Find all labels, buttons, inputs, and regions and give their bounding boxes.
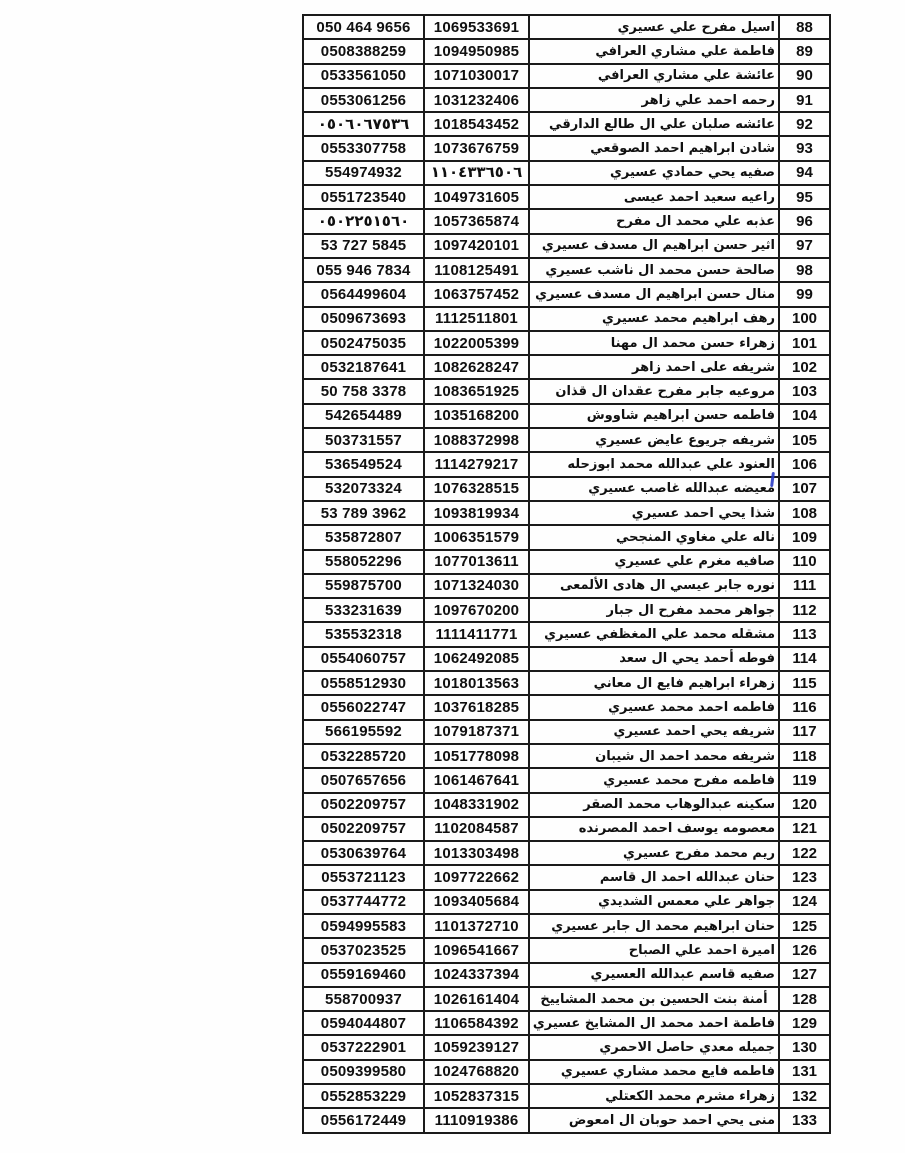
name-cell: فاطمة احمد محمد ال المشايخ عسيري bbox=[529, 1011, 779, 1035]
national-id-cell: 1051778098 bbox=[424, 744, 529, 768]
name-cell: شريفه محمد احمد ال شيبان bbox=[529, 744, 779, 768]
name-cell: فاطمه احمد محمد عسيري bbox=[529, 695, 779, 719]
name-cell: عائشة علي مشاري العرافي bbox=[529, 64, 779, 88]
phone-cell: 0556022747 bbox=[303, 695, 424, 719]
name-cell: صفيه يحي حمادي عسيري bbox=[529, 161, 779, 185]
phone-cell: 0537023525 bbox=[303, 938, 424, 962]
name-cell: فاطمه فايع محمد مشاري عسيري bbox=[529, 1060, 779, 1084]
phone-cell: 558052296 bbox=[303, 550, 424, 574]
national-id-cell: 1110919386 bbox=[424, 1108, 529, 1132]
table-row: 0537744772 1093405684 جواهر علي معمس الش… bbox=[303, 890, 830, 914]
national-id-cell: 1112511801 bbox=[424, 307, 529, 331]
phone-cell: 0509673693 bbox=[303, 307, 424, 331]
name-cell: حنان عبدالله احمد ال قاسم bbox=[529, 865, 779, 889]
name-cell: رحمه احمد علي زاهر bbox=[529, 88, 779, 112]
row-number-cell: 88 bbox=[779, 15, 830, 39]
national-id-cell: 1093405684 bbox=[424, 890, 529, 914]
table-row: 0502475035 1022005399 زهراء حسن محمد ال … bbox=[303, 331, 830, 355]
row-number-cell: 126 bbox=[779, 938, 830, 962]
phone-cell: 542654489 bbox=[303, 404, 424, 428]
name-cell: شذا يحي احمد عسيري bbox=[529, 501, 779, 525]
row-number-cell: 106 bbox=[779, 452, 830, 476]
national-id-cell: 1061467641 bbox=[424, 768, 529, 792]
row-number-cell: 132 bbox=[779, 1084, 830, 1108]
table-row: 0537222901 1059239127 جميله معدي حاصل ال… bbox=[303, 1035, 830, 1059]
name-cell: عائشه صلبان علي ال طالع الدارقي bbox=[529, 112, 779, 136]
national-id-cell: 1006351579 bbox=[424, 525, 529, 549]
national-id-cell: 1108125491 bbox=[424, 258, 529, 282]
name-cell: أمنة بنت الحسين بن محمد المشاييخ bbox=[529, 987, 779, 1011]
table-row: 0554060757 1062492085 فوطه أحمد يحي ال س… bbox=[303, 647, 830, 671]
national-id-cell: 1093819934 bbox=[424, 501, 529, 525]
phone-cell: 53 789 3962 bbox=[303, 501, 424, 525]
row-number-cell: 128 bbox=[779, 987, 830, 1011]
national-id-cell: 1024337394 bbox=[424, 963, 529, 987]
row-number-cell: 100 bbox=[779, 307, 830, 331]
phone-cell: 0502209757 bbox=[303, 793, 424, 817]
row-number-cell: 107 bbox=[779, 477, 830, 501]
row-number-cell: 120 bbox=[779, 793, 830, 817]
table-row: 0502209757 1048331902 سكينه عبدالوهاب مح… bbox=[303, 793, 830, 817]
national-id-cell: 1022005399 bbox=[424, 331, 529, 355]
phone-cell: 050 464 9656 bbox=[303, 15, 424, 39]
row-number-cell: 96 bbox=[779, 209, 830, 233]
row-number-cell: 95 bbox=[779, 185, 830, 209]
table-row: 53 727 5845 1097420101 اثير حسن ابراهيم … bbox=[303, 234, 830, 258]
table-row: 559875700 1071324030 نوره جابر عيسي ال ه… bbox=[303, 574, 830, 598]
phone-cell: ٠٥٠٦٠٦٧٥٣٦ bbox=[303, 112, 424, 136]
phone-cell: 0502475035 bbox=[303, 331, 424, 355]
name-cell: معيضه عبدالله غاصب عسيري bbox=[529, 477, 779, 501]
national-id-cell: 1077013611 bbox=[424, 550, 529, 574]
national-id-cell: 1031232406 bbox=[424, 88, 529, 112]
row-number-cell: 119 bbox=[779, 768, 830, 792]
phone-cell: 0532187641 bbox=[303, 355, 424, 379]
phone-cell: 535872807 bbox=[303, 525, 424, 549]
table-row: 0594044807 1106584392 فاطمة احمد محمد ال… bbox=[303, 1011, 830, 1035]
phone-cell: 559875700 bbox=[303, 574, 424, 598]
scanned-page: 050 464 9656 1069533691 اسيل مفرح علي عس… bbox=[0, 0, 905, 1153]
phone-cell: 0594044807 bbox=[303, 1011, 424, 1035]
national-id-cell: 1037618285 bbox=[424, 695, 529, 719]
phone-cell: 554974932 bbox=[303, 161, 424, 185]
phone-cell: 0594995583 bbox=[303, 914, 424, 938]
name-cell: ناله علي مغاوي المنجحي bbox=[529, 525, 779, 549]
phone-cell: 0558512930 bbox=[303, 671, 424, 695]
name-cell: صالحة حسن محمد ال ناشب عسيري bbox=[529, 258, 779, 282]
table-row: 554974932 ١١٠٤٣٣٦٥٠٦ صفيه يحي حمادي عسير… bbox=[303, 161, 830, 185]
name-cell: شريفه يحي احمد عسيري bbox=[529, 720, 779, 744]
name-cell: حنان ابراهيم محمد ال جابر عسيري bbox=[529, 914, 779, 938]
name-cell: جواهر محمد مفرح ال جبار bbox=[529, 598, 779, 622]
national-id-cell: 1102084587 bbox=[424, 817, 529, 841]
name-cell: مشقله محمد علي المغظفي عسيري bbox=[529, 622, 779, 646]
name-cell: العنود علي عبدالله محمد ابوزحله bbox=[529, 452, 779, 476]
row-number-cell: 90 bbox=[779, 64, 830, 88]
name-cell: جواهر علي معمس الشديدي bbox=[529, 890, 779, 914]
phone-cell: 558700937 bbox=[303, 987, 424, 1011]
phone-cell: 0559169460 bbox=[303, 963, 424, 987]
phone-cell: 0530639764 bbox=[303, 841, 424, 865]
row-number-cell: 89 bbox=[779, 39, 830, 63]
name-cell: زهراء حسن محمد ال مهنا bbox=[529, 331, 779, 355]
national-id-cell: 1097670200 bbox=[424, 598, 529, 622]
phone-cell: 0533561050 bbox=[303, 64, 424, 88]
table-row: 532073324 1076328515 معيضه عبدالله غاصب … bbox=[303, 477, 830, 501]
row-number-cell: 122 bbox=[779, 841, 830, 865]
national-id-cell: 1018013563 bbox=[424, 671, 529, 695]
name-cell: معصومه يوسف احمد المصرنده bbox=[529, 817, 779, 841]
phone-cell: 536549524 bbox=[303, 452, 424, 476]
table-row: 0553307758 1073676759 شادن ابراهيم احمد … bbox=[303, 136, 830, 160]
table-row: 53 789 3962 1093819934 شذا يحي احمد عسير… bbox=[303, 501, 830, 525]
name-cell: شريفه جريوع عايض عسيري bbox=[529, 428, 779, 452]
table-row: 0564499604 1063757452 منال حسن ابراهيم ا… bbox=[303, 282, 830, 306]
phone-cell: 0507657656 bbox=[303, 768, 424, 792]
row-number-cell: 116 bbox=[779, 695, 830, 719]
national-id-cell: 1071324030 bbox=[424, 574, 529, 598]
row-number-cell: 104 bbox=[779, 404, 830, 428]
phone-cell: 0554060757 bbox=[303, 647, 424, 671]
table-row: 0551723540 1049731605 راعيه سعيد احمد عي… bbox=[303, 185, 830, 209]
row-number-cell: 125 bbox=[779, 914, 830, 938]
national-id-cell: 1082628247 bbox=[424, 355, 529, 379]
name-cell: مروعيه جابر مفرح عقدان ال قذان bbox=[529, 379, 779, 403]
table-row: 542654489 1035168200 فاطمه حسن ابراهيم ش… bbox=[303, 404, 830, 428]
national-id-cell: 1026161404 bbox=[424, 987, 529, 1011]
table-row: 0553061256 1031232406 رحمه احمد علي زاهر… bbox=[303, 88, 830, 112]
contact-list-table: 050 464 9656 1069533691 اسيل مفرح علي عس… bbox=[302, 14, 831, 1134]
name-cell: فاطمه مفرح محمد عسيري bbox=[529, 768, 779, 792]
phone-cell: 0553307758 bbox=[303, 136, 424, 160]
phone-cell: 53 727 5845 bbox=[303, 234, 424, 258]
national-id-cell: 1094950985 bbox=[424, 39, 529, 63]
table-row: 0532187641 1082628247 شريفه على احمد زاه… bbox=[303, 355, 830, 379]
row-number-cell: 97 bbox=[779, 234, 830, 258]
row-number-cell: 127 bbox=[779, 963, 830, 987]
row-number-cell: 94 bbox=[779, 161, 830, 185]
table-row: 0556172449 1110919386 منى يحي احمد حوبان… bbox=[303, 1108, 830, 1132]
name-cell: ريم محمد مفرح عسيري bbox=[529, 841, 779, 865]
phone-cell: ٠٥٠٢٢٥١٥٦٠ bbox=[303, 209, 424, 233]
phone-cell: 055 946 7834 bbox=[303, 258, 424, 282]
national-id-cell: ١١٠٤٣٣٦٥٠٦ bbox=[424, 161, 529, 185]
national-id-cell: 1106584392 bbox=[424, 1011, 529, 1035]
name-cell: راعيه سعيد احمد عيسى bbox=[529, 185, 779, 209]
table-row: 0558512930 1018013563 زهراء ابراهيم فايع… bbox=[303, 671, 830, 695]
row-number-cell: 108 bbox=[779, 501, 830, 525]
table-row: 0553721123 1097722662 حنان عبدالله احمد … bbox=[303, 865, 830, 889]
phone-cell: 535532318 bbox=[303, 622, 424, 646]
table-row: 50 758 3378 1083651925 مروعيه جابر مفرح … bbox=[303, 379, 830, 403]
phone-cell: 0532285720 bbox=[303, 744, 424, 768]
row-number-cell: 129 bbox=[779, 1011, 830, 1035]
row-number-cell: 99 bbox=[779, 282, 830, 306]
name-cell: فوطه أحمد يحي ال سعد bbox=[529, 647, 779, 671]
national-id-cell: 1083651925 bbox=[424, 379, 529, 403]
table-row: 0594995583 1101372710 حنان ابراهيم محمد … bbox=[303, 914, 830, 938]
national-id-cell: 1062492085 bbox=[424, 647, 529, 671]
name-cell: فاطمة علي مشاري العرافي bbox=[529, 39, 779, 63]
phone-cell: 0509399580 bbox=[303, 1060, 424, 1084]
name-cell: زهراء ابراهيم فايع ال معاني bbox=[529, 671, 779, 695]
name-cell: زهراء مشرم محمد الكعتلي bbox=[529, 1084, 779, 1108]
national-id-cell: 1079187371 bbox=[424, 720, 529, 744]
table-row: 0532285720 1051778098 شريفه محمد احمد ال… bbox=[303, 744, 830, 768]
row-number-cell: 117 bbox=[779, 720, 830, 744]
phone-cell: 0502209757 bbox=[303, 817, 424, 841]
row-number-cell: 114 bbox=[779, 647, 830, 671]
name-cell: منال حسن ابراهيم ال مسدف عسيري bbox=[529, 282, 779, 306]
name-cell: جميله معدي حاصل الاحمري bbox=[529, 1035, 779, 1059]
national-id-cell: 1035168200 bbox=[424, 404, 529, 428]
name-cell: اثير حسن ابراهيم ال مسدف عسيري bbox=[529, 234, 779, 258]
table-row: 0509399580 1024768820 فاطمه فايع محمد مش… bbox=[303, 1060, 830, 1084]
table-row: 558700937 1026161404 أمنة بنت الحسين بن … bbox=[303, 987, 830, 1011]
national-id-cell: 1057365874 bbox=[424, 209, 529, 233]
table-row: 533231639 1097670200 جواهر محمد مفرح ال … bbox=[303, 598, 830, 622]
row-number-cell: 131 bbox=[779, 1060, 830, 1084]
national-id-cell: 1052837315 bbox=[424, 1084, 529, 1108]
table-row: 503731557 1088372998 شريفه جريوع عايض عس… bbox=[303, 428, 830, 452]
national-id-cell: 1018543452 bbox=[424, 112, 529, 136]
row-number-cell: 124 bbox=[779, 890, 830, 914]
row-number-cell: 109 bbox=[779, 525, 830, 549]
national-id-cell: 1076328515 bbox=[424, 477, 529, 501]
table-row: 0509673693 1112511801 رهف ابراهيم محمد ع… bbox=[303, 307, 830, 331]
table-row: 0559169460 1024337394 صفيه قاسم عبدالله … bbox=[303, 963, 830, 987]
national-id-cell: 1111411771 bbox=[424, 622, 529, 646]
phone-cell: 0552853229 bbox=[303, 1084, 424, 1108]
table-row: 535872807 1006351579 ناله علي مغاوي المن… bbox=[303, 525, 830, 549]
table-row: 0530639764 1013303498 ريم محمد مفرح عسير… bbox=[303, 841, 830, 865]
row-number-cell: 118 bbox=[779, 744, 830, 768]
name-cell: شريفه على احمد زاهر bbox=[529, 355, 779, 379]
row-number-cell: 130 bbox=[779, 1035, 830, 1059]
name-cell: عذبه علي محمد ال مفرح bbox=[529, 209, 779, 233]
table-row: 535532318 1111411771 مشقله محمد علي المغ… bbox=[303, 622, 830, 646]
table-row: 050 464 9656 1069533691 اسيل مفرح علي عس… bbox=[303, 15, 830, 39]
row-number-cell: 113 bbox=[779, 622, 830, 646]
table-row: 055 946 7834 1108125491 صالحة حسن محمد ا… bbox=[303, 258, 830, 282]
table-row: 0508388259 1094950985 فاطمة علي مشاري ال… bbox=[303, 39, 830, 63]
row-number-cell: 105 bbox=[779, 428, 830, 452]
national-id-cell: 1024768820 bbox=[424, 1060, 529, 1084]
table-row: 0552853229 1052837315 زهراء مشرم محمد ال… bbox=[303, 1084, 830, 1108]
phone-cell: 0553721123 bbox=[303, 865, 424, 889]
phone-cell: 532073324 bbox=[303, 477, 424, 501]
row-number-cell: 133 bbox=[779, 1108, 830, 1132]
national-id-cell: 1088372998 bbox=[424, 428, 529, 452]
national-id-cell: 1063757452 bbox=[424, 282, 529, 306]
phone-cell: 0556172449 bbox=[303, 1108, 424, 1132]
national-id-cell: 1097722662 bbox=[424, 865, 529, 889]
national-id-cell: 1013303498 bbox=[424, 841, 529, 865]
table-row: ٠٥٠٢٢٥١٥٦٠ 1057365874 عذبه علي محمد ال م… bbox=[303, 209, 830, 233]
national-id-cell: 1097420101 bbox=[424, 234, 529, 258]
name-cell: منى يحي احمد حوبان ال امعوض bbox=[529, 1108, 779, 1132]
row-number-cell: 123 bbox=[779, 865, 830, 889]
phone-cell: 0551723540 bbox=[303, 185, 424, 209]
national-id-cell: 1049731605 bbox=[424, 185, 529, 209]
row-number-cell: 98 bbox=[779, 258, 830, 282]
phone-cell: 0553061256 bbox=[303, 88, 424, 112]
row-number-cell: 91 bbox=[779, 88, 830, 112]
row-number-cell: 93 bbox=[779, 136, 830, 160]
name-cell: فاطمه حسن ابراهيم شاووش bbox=[529, 404, 779, 428]
national-id-cell: 1059239127 bbox=[424, 1035, 529, 1059]
phone-cell: 0508388259 bbox=[303, 39, 424, 63]
national-id-cell: 1073676759 bbox=[424, 136, 529, 160]
national-id-cell: 1114279217 bbox=[424, 452, 529, 476]
national-id-cell: 1069533691 bbox=[424, 15, 529, 39]
phone-cell: 566195592 bbox=[303, 720, 424, 744]
name-cell: رهف ابراهيم محمد عسيري bbox=[529, 307, 779, 331]
table-row: 0537023525 1096541667 اميرة احمد علي الص… bbox=[303, 938, 830, 962]
name-cell: صفيه قاسم عبدالله العسيري bbox=[529, 963, 779, 987]
row-number-cell: 102 bbox=[779, 355, 830, 379]
phone-cell: 533231639 bbox=[303, 598, 424, 622]
row-number-cell: 101 bbox=[779, 331, 830, 355]
row-number-cell: 111 bbox=[779, 574, 830, 598]
table-row: 0556022747 1037618285 فاطمه احمد محمد عس… bbox=[303, 695, 830, 719]
row-number-cell: 112 bbox=[779, 598, 830, 622]
table-row: 566195592 1079187371 شريفه يحي احمد عسير… bbox=[303, 720, 830, 744]
national-id-cell: 1048331902 bbox=[424, 793, 529, 817]
phone-cell: 0564499604 bbox=[303, 282, 424, 306]
phone-cell: 0537222901 bbox=[303, 1035, 424, 1059]
name-cell: صافيه مغرم علي عسيري bbox=[529, 550, 779, 574]
national-id-cell: 1071030017 bbox=[424, 64, 529, 88]
table-row: 0502209757 1102084587 معصومه يوسف احمد ا… bbox=[303, 817, 830, 841]
table-row: ٠٥٠٦٠٦٧٥٣٦ 1018543452 عائشه صلبان علي ال… bbox=[303, 112, 830, 136]
table-row: 0507657656 1061467641 فاطمه مفرح محمد عس… bbox=[303, 768, 830, 792]
row-number-cell: 92 bbox=[779, 112, 830, 136]
table-row: 0533561050 1071030017 عائشة علي مشاري ال… bbox=[303, 64, 830, 88]
national-id-cell: 1101372710 bbox=[424, 914, 529, 938]
table-row: 558052296 1077013611 صافيه مغرم علي عسير… bbox=[303, 550, 830, 574]
phone-cell: 50 758 3378 bbox=[303, 379, 424, 403]
table-row: 536549524 1114279217 العنود علي عبدالله … bbox=[303, 452, 830, 476]
name-cell: سكينه عبدالوهاب محمد الصقر bbox=[529, 793, 779, 817]
phone-cell: 503731557 bbox=[303, 428, 424, 452]
row-number-cell: 110 bbox=[779, 550, 830, 574]
row-number-cell: 115 bbox=[779, 671, 830, 695]
row-number-cell: 121 bbox=[779, 817, 830, 841]
table-body: 050 464 9656 1069533691 اسيل مفرح علي عس… bbox=[303, 15, 830, 1133]
name-cell: اسيل مفرح علي عسيري bbox=[529, 15, 779, 39]
row-number-cell: 103 bbox=[779, 379, 830, 403]
national-id-cell: 1096541667 bbox=[424, 938, 529, 962]
phone-cell: 0537744772 bbox=[303, 890, 424, 914]
name-cell: اميرة احمد علي الصباح bbox=[529, 938, 779, 962]
name-cell: شادن ابراهيم احمد الصوقعي bbox=[529, 136, 779, 160]
name-cell: نوره جابر عيسي ال هادى الألمعى bbox=[529, 574, 779, 598]
